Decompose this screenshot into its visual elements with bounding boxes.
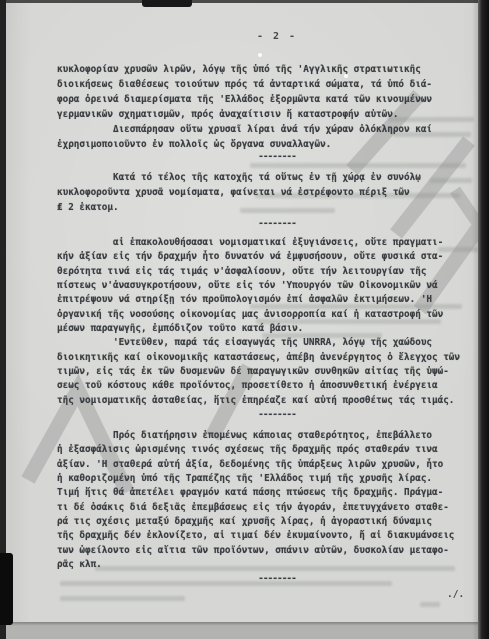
text-line: γερμανικῶν σχηματισμῶν, πρός ἀναχαίτισιν… xyxy=(57,107,481,122)
paragraph-1: κυκλοφορίαν χρυσῶν λιρῶν, λόγῳ τῆς ὑπό τ… xyxy=(57,62,481,152)
text-line: ἡ καθοριζομένη ὑπό τῆς Τραπέζης τῆς 'Ελλ… xyxy=(57,472,481,486)
text-line: ρᾶς κλπ. xyxy=(57,558,481,572)
text-line: Κατά τό τέλος τῆς κατοχῆς τά οὕτως ἐν τῇ… xyxy=(57,170,481,185)
section-divider: -------- xyxy=(57,409,489,420)
page-number: - 2 - xyxy=(57,31,489,42)
text-line: κυκλοφοροῦντα χρυσᾶ νομίσματα, φαίνεται … xyxy=(57,185,481,200)
text-line: ἐπιτρέψουν νά στηρίξῃ τόν προϋπολογισμόν… xyxy=(57,293,481,307)
text-line: διοικητικῆς καί οἰκονομικῆς καταστάσεως,… xyxy=(57,351,481,365)
text-line: Πρός διατήρησιν ἑπομένως κάποιας σταθερό… xyxy=(57,429,481,443)
text-line: τῆς νομισματικῆς ἀσταθείας, ἥτις ἐπηρέαζ… xyxy=(57,394,481,408)
text-line: κυκλοφορίαν χρυσῶν λιρῶν, λόγῳ τῆς ὑπό τ… xyxy=(57,62,481,77)
text-line: τι δέ ὁσάκις διά δεξιᾶς ἐπεμβάσεως εἰς τ… xyxy=(57,501,481,515)
text-line: 'Εντεῦθεν, παρά τάς εἰσαγωγάς τῆς UNRRA,… xyxy=(57,336,481,350)
bleedthrough-mark xyxy=(250,163,466,168)
scan-edge-left xyxy=(0,0,6,639)
text-line: των ὠφείλοντο εἰς αἴτια τῶν προϊόντων, σ… xyxy=(57,544,481,558)
bleedthrough-mark xyxy=(420,602,440,607)
text-line: ἀξίαν. 'Η σταθερά αὐτή ἀξία, δεδομένης τ… xyxy=(57,458,481,472)
text-line: πίστεως ν'ἀνασυγκροτήσουν, οὔτε εἰς τόν … xyxy=(57,279,481,293)
text-line: ₤ 2 ἑκατομ. xyxy=(57,200,481,215)
section-divider: -------- xyxy=(57,573,489,584)
paper-speck xyxy=(258,53,262,57)
text-line: μέσων παραγωγῆς, ἐμπόδιζον τοῦτο κατά βά… xyxy=(57,322,481,336)
text-line: αἱ ἐπακολουθήσασαι νομισματικαί ἐξυγιάνσ… xyxy=(57,236,481,250)
end-of-page-mark: ./. xyxy=(447,589,464,600)
paper-speck xyxy=(344,74,348,78)
scan-edge-right xyxy=(478,0,489,639)
text-line: κήν ἀξίαν εἰς τήν δραχμήν ἦτο δυνατόν νά… xyxy=(57,250,481,264)
paragraph-4: Πρός διατήρησιν ἑπομένως κάποιας σταθερό… xyxy=(57,429,481,572)
scan-edge-left-blob xyxy=(0,553,13,625)
text-line: τῆς δραχμῆς δέν ἐκλονίζετο, αἱ τιμαί δέν… xyxy=(57,529,481,543)
scan-edge-top xyxy=(0,0,489,3)
paragraph-3: αἱ ἐπακολουθήσασαι νομισματικαί ἐξυγιάνσ… xyxy=(57,236,481,408)
text-line: ρά τις σχέσις μεταξύ δραχμῆς καί χρυσῆς … xyxy=(57,515,481,529)
text-line: διοικήσεως διαθέσεως τοιούτων πρός τά ἀν… xyxy=(57,77,481,92)
text-line: φορα ὀρεινά διαμερίσματα τῆς 'Ελλάδος ἐξ… xyxy=(57,92,481,107)
paragraph-2: Κατά τό τέλος τῆς κατοχῆς τά οὕτως ἐν τῇ… xyxy=(57,170,481,215)
text-line: σεως τοῦ κόστους κάθε προϊόντος, προσετί… xyxy=(57,379,481,393)
section-divider: -------- xyxy=(57,218,489,229)
scan-edge-bottom xyxy=(0,622,489,639)
section-divider: -------- xyxy=(57,151,489,162)
bleedthrough-mark xyxy=(60,596,185,601)
text-line: θερότητα τινά εἰς τάς τιμάς ν'ἀσφαλίσουν… xyxy=(57,265,481,279)
text-line: ἐχρησιμοποιοῦντο ἐν πολλοῖς ὡς ὄργανα συ… xyxy=(57,137,481,152)
binder-mark xyxy=(142,0,192,7)
text-line: ὀργανική τῆς νοσούσης οἰκονομίας μας ἀνι… xyxy=(57,308,481,322)
text-line: ἡ ἐξασφάλισις ὡρισμένης τινός σχέσεως τῆ… xyxy=(57,443,481,457)
text-line: τιμῶν, εἰς τάς ἐκ τῶν δυσμενῶν δέ παραγω… xyxy=(57,365,481,379)
text-line: Διεσπάρησαν οὕτω χρυσαῖ λίραι ἀνά τήν χώ… xyxy=(57,122,481,137)
scanned-page: - 2 - κυκλοφορίαν χρυσῶν λιρῶν, λόγῳ τῆς… xyxy=(0,0,489,639)
text-line: Τιμή ἥτις θά ἀπετέλει φραγμόν κατά πάσης… xyxy=(57,486,481,500)
